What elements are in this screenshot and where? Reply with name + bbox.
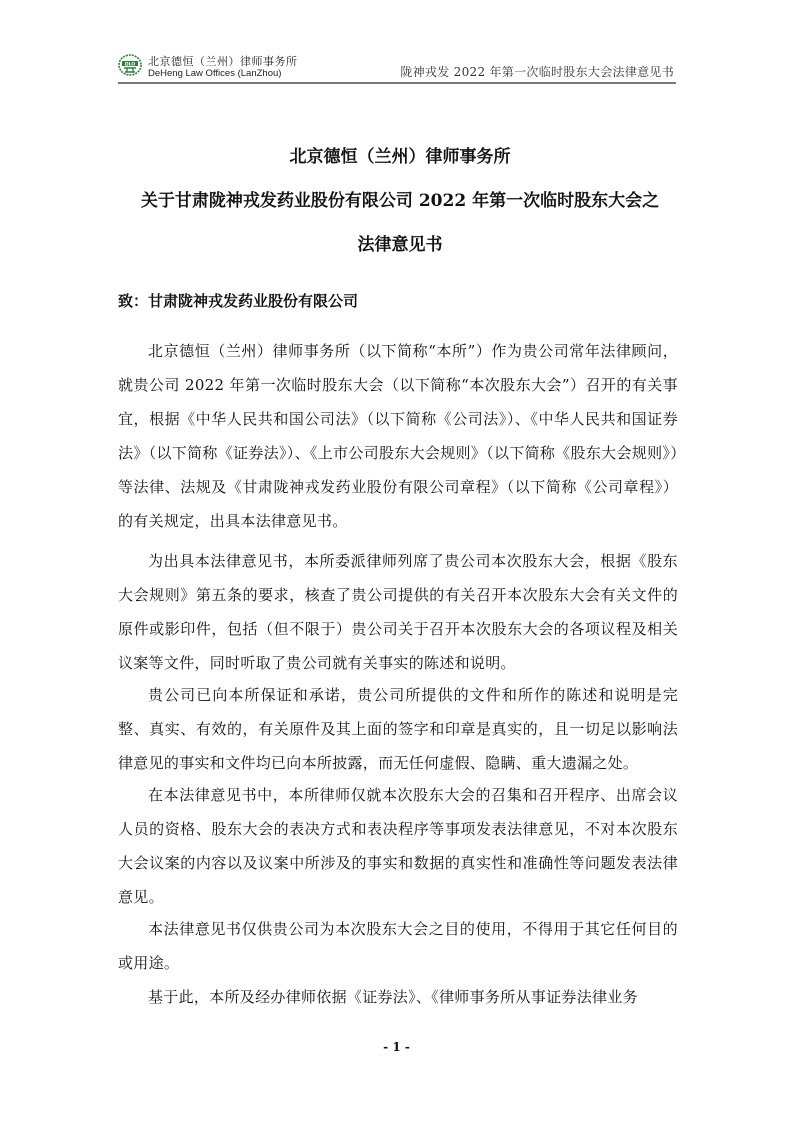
svg-text:DLO: DLO bbox=[125, 61, 135, 67]
document-title-line-2: 关于甘肃陇神戎发药业股份有限公司 2022 年第一次临时股东大会之 bbox=[110, 186, 690, 211]
paragraph-1: 北京德恒（兰州）律师事务所（以下简称“本所”）作为贵公司常年法律顾问，就贵公司 … bbox=[118, 334, 678, 538]
paragraph-4: 在本法律意见书中，本所律师仅就本次股东大会的召集和召开程序、出席会议人员的资格、… bbox=[118, 778, 678, 914]
document-short-title: 陇神戎发 2022 年第一次临时股东大会法律意见书 bbox=[400, 63, 674, 80]
paragraph-5: 本法律意见书仅供贵公司为本次股东大会之目的使用，不得用于其它任何目的或用途。 bbox=[118, 912, 678, 980]
addressee: 致：甘肃陇神戎发药业股份有限公司 bbox=[118, 290, 358, 311]
paragraph-6: 基于此，本所及经办律师依据《证券法》、《律师事务所从事证券法律业务 bbox=[118, 980, 678, 1014]
document-title-line-1: 北京德恒（兰州）律师事务所 bbox=[110, 142, 690, 167]
firm-name-en: DeHeng Law Offices (LanZhou) bbox=[148, 68, 281, 79]
document-title-line-3: 法律意见书 bbox=[110, 230, 690, 255]
page-number: - 1 - bbox=[0, 1040, 793, 1054]
page-header: DLO 北京德恒（兰州）律师事务所 DeHeng Law Offices (La… bbox=[118, 52, 676, 82]
paragraph-2: 为出具本法律意见书，本所委派律师列席了贵公司本次股东大会，根据《股东大会规则》第… bbox=[118, 544, 678, 680]
firm-name-cn: 北京德恒（兰州）律师事务所 bbox=[148, 53, 298, 69]
paragraph-3: 贵公司已向本所保证和承诺，贵公司所提供的文件和所作的陈述和说明是完整、真实、有效… bbox=[118, 678, 678, 780]
header-divider bbox=[118, 82, 676, 84]
deheng-logo-icon: DLO bbox=[118, 54, 142, 76]
